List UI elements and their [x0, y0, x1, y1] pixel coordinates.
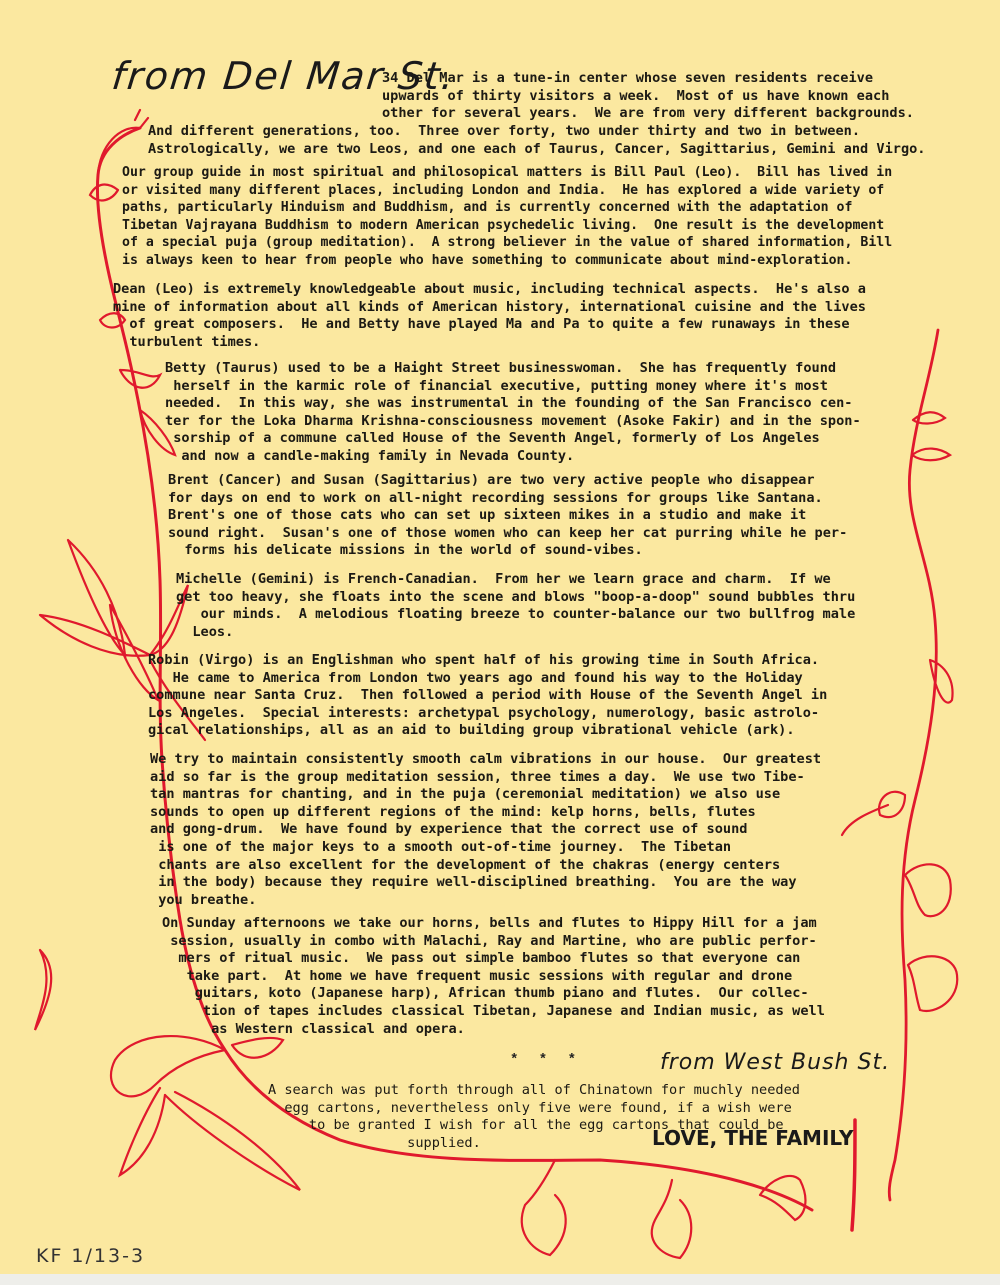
text-line: chants are also excellent for the develo…	[158, 857, 780, 873]
text-line: and gong-drum. We have found by experien…	[150, 821, 747, 837]
text-line: get too heavy, she floats into the scene…	[176, 589, 855, 605]
text-line: On Sunday afternoons we take our horns, …	[162, 915, 817, 931]
text-line: Astrologically, we are two Leos, and one…	[148, 141, 926, 157]
text-line: 34 Del Mar is a tune-in center whose sev…	[382, 70, 873, 86]
text-line: Our group guide in most spiritual and ph…	[122, 165, 892, 180]
text-line: sounds to open up different regions of t…	[150, 804, 756, 820]
paragraph-betty: Betty (Taurus) used to be a Haight Stree…	[165, 360, 861, 466]
text-line: sorship of a commune called House of the…	[173, 430, 820, 446]
text-line: aid so far is the group meditation sessi…	[150, 769, 805, 785]
text-line: Tibetan Vajrayana Buddhism to modern Ame…	[122, 218, 884, 233]
text-line: of great composers. He and Betty have pl…	[129, 316, 849, 332]
paragraph-bill: Our group guide in most spiritual and ph…	[122, 164, 892, 270]
text-line: mers of ritual music. We pass out simple…	[178, 950, 800, 966]
text-line: and now a candle-making family in Nevada…	[181, 448, 574, 464]
text-line: as Western classical and opera.	[211, 1021, 465, 1037]
text-line: paths, particularly Hinduism and Buddhis…	[122, 200, 852, 215]
text-line: We try to maintain consistently smooth c…	[150, 751, 821, 767]
scan-border	[0, 1274, 1000, 1285]
section-separator: * * *	[510, 1052, 582, 1068]
text-line: mine of information about all kinds of A…	[113, 299, 866, 315]
text-line: ter for the Loka Dharma Krishna-consciou…	[165, 413, 861, 429]
text-line: our minds. A melodious floating breeze t…	[201, 606, 856, 622]
text-line: of a special puja (group meditation). A …	[122, 235, 892, 250]
text-line: commune near Santa Cruz. Then followed a…	[148, 687, 827, 703]
paragraph-meditation: We try to maintain consistently smooth c…	[150, 751, 821, 909]
text-line: other for several years. We are from ver…	[382, 105, 914, 121]
text-line: session, usually in combo with Malachi, …	[170, 933, 817, 949]
text-line: He came to America from London two years…	[173, 670, 803, 686]
paragraph-brent-susan: Brent (Cancer) and Susan (Sagittarius) a…	[168, 472, 847, 560]
text-line: or visited many different places, includ…	[122, 183, 884, 198]
text-line: Brent (Cancer) and Susan (Sagittarius) a…	[168, 472, 815, 488]
paragraph-dean: Dean (Leo) is extremely knowledgeable ab…	[113, 281, 866, 351]
text-line: gical relationships, all as an aid to bu…	[148, 722, 795, 738]
text-line: A search was put forth through all of Ch…	[268, 1082, 800, 1098]
text-line: needed. In this way, she was instrumenta…	[165, 395, 852, 411]
text-line: in the body) because they require well-d…	[158, 874, 796, 890]
text-line: egg cartons, nevertheless only five were…	[284, 1100, 791, 1116]
paragraph-sunday: On Sunday afternoons we take our horns, …	[162, 915, 825, 1038]
paragraph-robin: Robin (Virgo) is an Englishman who spent…	[148, 652, 827, 740]
text-line: Leos.	[192, 624, 233, 640]
text-line: herself in the karmic role of financial …	[173, 378, 828, 394]
signature: LOVE, THE FAMILY	[652, 1126, 854, 1150]
paragraph-michelle: Michelle (Gemini) is French-Canadian. Fr…	[176, 571, 855, 641]
text-line: Los Angeles. Special interests: archetyp…	[148, 705, 819, 721]
document-page: from Del Mar St. 34 Del Mar is a tune-in…	[0, 0, 1000, 1274]
heading-west-bush: from West Bush St.	[660, 1050, 890, 1075]
text-line: guitars, koto (Japanese harp), African t…	[195, 985, 809, 1001]
text-line: for days on end to work on all-night rec…	[168, 490, 823, 506]
text-line: turbulent times.	[129, 334, 260, 350]
archive-mark: KF 1/13-3	[36, 1245, 145, 1267]
text-line: upwards of thirty visitors a week. Most …	[382, 88, 889, 104]
paragraph-intro-head: 34 Del Mar is a tune-in center whose sev…	[382, 70, 914, 123]
text-line: Robin (Virgo) is an Englishman who spent…	[148, 652, 819, 668]
text-line: tion of tapes includes classical Tibetan…	[203, 1003, 825, 1019]
text-line: forms his delicate missions in the world…	[184, 542, 642, 558]
text-line: tan mantras for chanting, and in the puj…	[150, 786, 780, 802]
text-line: you breathe.	[158, 892, 256, 908]
text-line: sound right. Susan's one of those women …	[168, 525, 847, 541]
text-line: Michelle (Gemini) is French-Canadian. Fr…	[176, 571, 831, 587]
text-line: And different generations, too. Three ov…	[148, 123, 860, 139]
text-line: Brent's one of those cats who can set up…	[168, 507, 806, 523]
paragraph-intro-tail: And different generations, too. Three ov…	[148, 123, 926, 158]
text-line: take part. At home we have frequent musi…	[187, 968, 793, 984]
text-line: supplied.	[407, 1135, 481, 1151]
text-line: Dean (Leo) is extremely knowledgeable ab…	[113, 281, 866, 297]
text-line: is one of the major keys to a smooth out…	[158, 839, 731, 855]
text-line: Betty (Taurus) used to be a Haight Stree…	[165, 360, 836, 376]
text-line: is always keen to hear from people who h…	[122, 253, 852, 268]
